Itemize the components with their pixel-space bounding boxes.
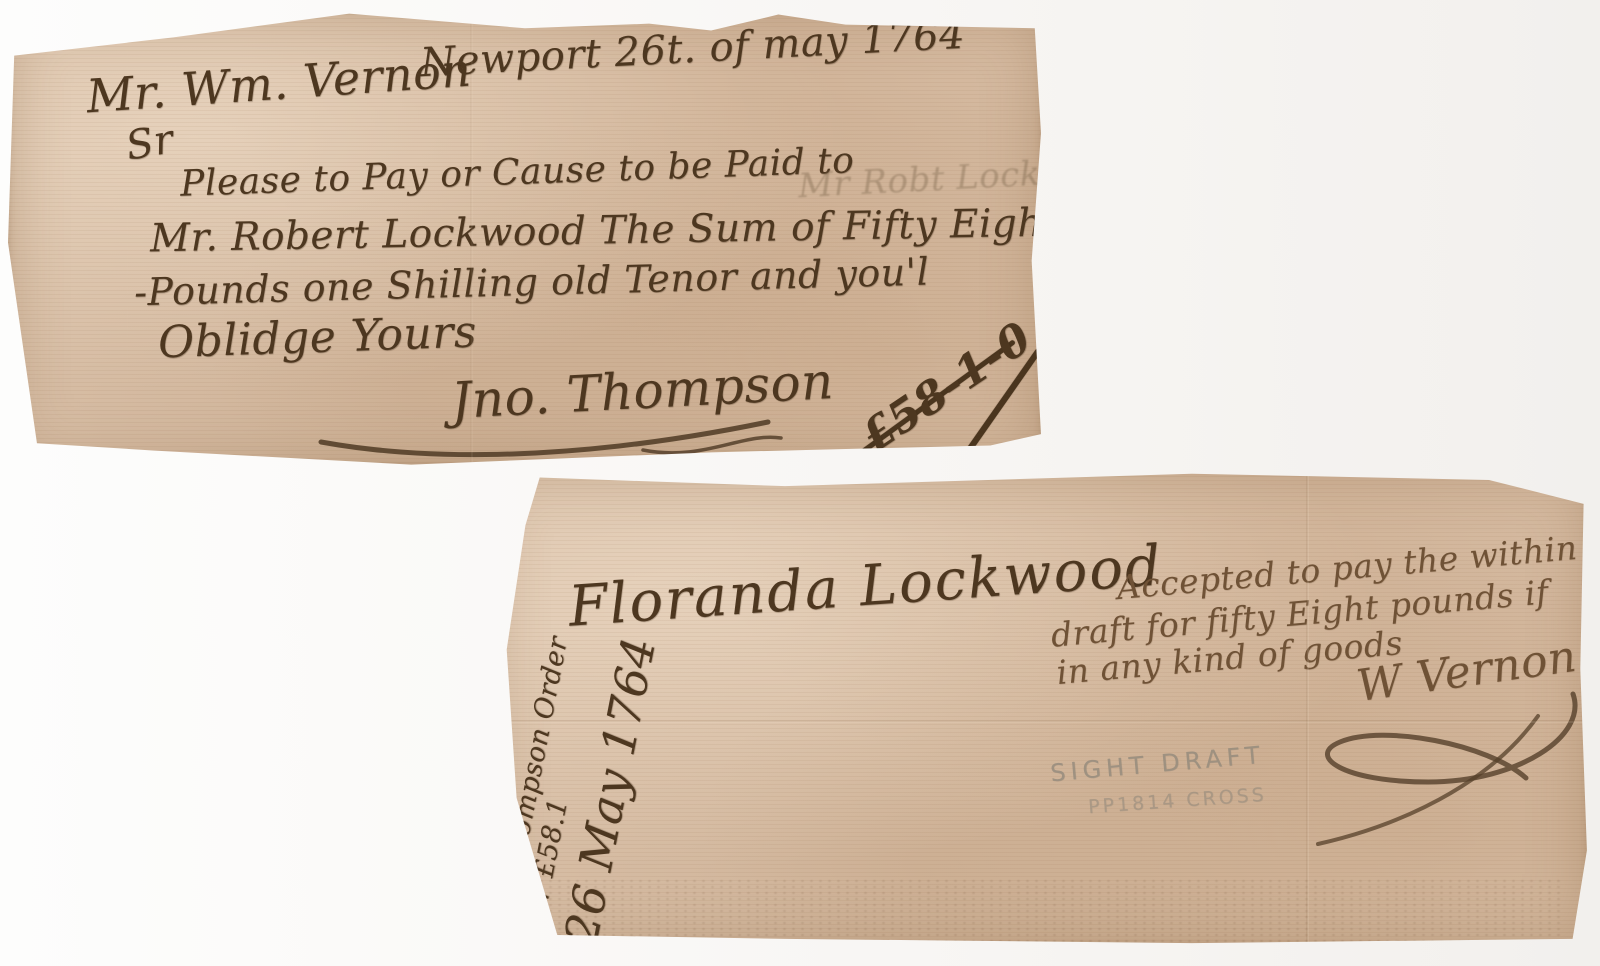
pencil-note-line-2: PP1814 CROSS [1087, 784, 1267, 818]
foxing-speckle [510, 878, 1566, 942]
scanned-document-photo: Newport 26t. of may 1764 Mr. Wm. Vernon … [0, 0, 1600, 966]
pencil-note-line-1: SIGHT DRAFT [1049, 741, 1266, 788]
front-crease [470, 10, 473, 466]
acceptor-flourish [1288, 686, 1588, 846]
back-crease-horizontal [488, 720, 1588, 723]
draft-front-paper: Newport 26t. of may 1764 Mr. Wm. Vernon … [8, 10, 1042, 466]
draft-back-paper: Floranda Lockwood Accepted to pay the wi… [488, 468, 1588, 946]
salutation: Sr [122, 116, 177, 170]
signature-flourish [313, 408, 803, 468]
back-crease-vertical [1306, 468, 1309, 946]
body-line-4: Oblidge Yours [157, 306, 477, 368]
addressee: Mr. Wm. Vernon [85, 43, 473, 124]
body-line-1: Please to Pay or Cause to be Paid to [179, 140, 855, 205]
dateline: Newport 26t. of may 1764 [419, 12, 966, 86]
body-line-2: Mr. Robert Lockwood The Sum of Fifty Eig… [150, 200, 1112, 262]
